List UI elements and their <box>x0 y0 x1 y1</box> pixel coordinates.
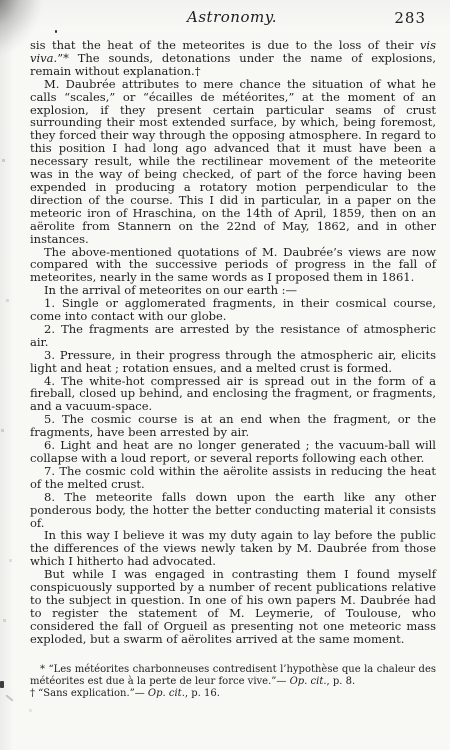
paragraph: 5. The cosmic course is at an end when t… <box>30 413 436 439</box>
paragraph: 4. The white-hot compressed air is sprea… <box>30 375 436 414</box>
paragraph: But while I was engaged in contrasting t… <box>30 568 436 645</box>
paragraph: The above-mentioned quotations of M. Dau… <box>30 246 436 285</box>
page-header: Astronomy. 283 <box>30 8 434 28</box>
paragraph: 3. Pressure, in their progress through t… <box>30 349 436 375</box>
footnote: * “Les météorites charbonneuses contredi… <box>30 664 436 688</box>
paragraph: M. Daubrée attributes to mere chance the… <box>30 78 436 246</box>
paragraph: 6. Light and heat are no longer generate… <box>30 439 436 465</box>
footnotes: * “Les météorites charbonneuses contredi… <box>30 664 436 700</box>
footnote: † “Sans explication.”— Op. cit., p. 16. <box>30 688 436 700</box>
ink-blotch-left <box>0 681 4 688</box>
paragraph: In this way I believe it was my duty aga… <box>30 529 436 568</box>
book-page: Astronomy. 283 sis that the heat of the … <box>0 0 450 750</box>
scan-speckles <box>0 0 1 1</box>
running-title: Astronomy. <box>30 8 434 26</box>
paragraph: 7. The cosmic cold within the aërolite a… <box>30 465 436 491</box>
paragraph: 8. The meteorite falls down upon the ear… <box>30 491 436 530</box>
page-body: sis that the heat of the meteorites is d… <box>30 39 436 646</box>
paragraph: 2. The fragments are arrested by the res… <box>30 323 436 349</box>
scan-scratch <box>5 694 13 701</box>
page-number: 283 <box>394 9 426 27</box>
paragraph: 1. Single or agglomerated fragments, in … <box>30 297 436 323</box>
paragraph: sis that the heat of the meteorites is d… <box>30 39 436 78</box>
ink-speck <box>55 30 57 33</box>
